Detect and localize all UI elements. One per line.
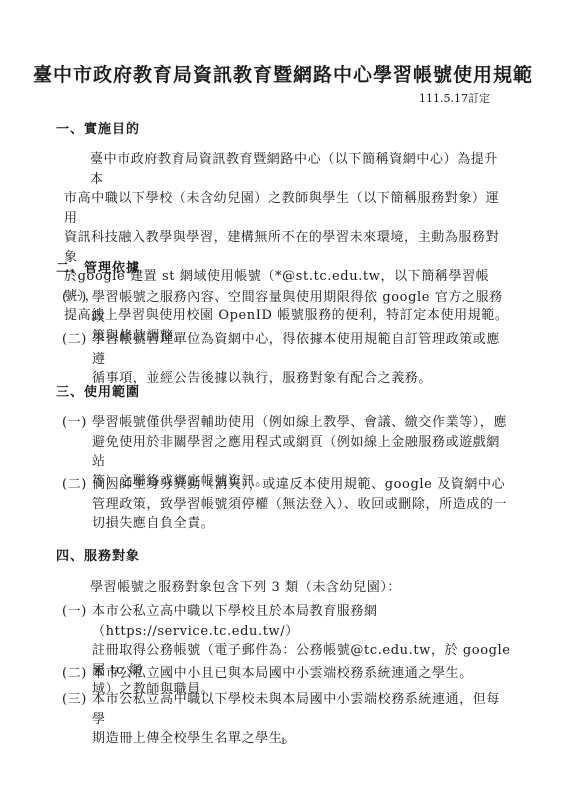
item-line: 學習帳號之服務內容、空間容量與使用期限得依 google 官方之服務政 (92, 288, 512, 327)
service-targets-intro: 學習帳號之服務對象包含下列 3 類（未含幼兒園）： (90, 576, 401, 595)
item-number: (一) (62, 602, 87, 622)
item-number: (二) (62, 664, 87, 684)
list-item: (二) 學習帳號管理單位為資網中心，得依據本使用規範自訂管理政策或應遵 循事項，… (62, 330, 512, 389)
section-heading-scope: 三、使用範圍 (56, 381, 140, 400)
list-item: (二) 本市公私立國中小且已與本局國中小雲端校務系統連通之學生。 (62, 664, 512, 684)
item-line: 本市公私立高中職以下學校未與本局國中小雲端校務系統連通，但每學 (92, 690, 512, 729)
document-page: 臺中市政府教育局資訊教育暨網路中心學習帳號使用規範 111.5.17訂定 一、實… (0, 0, 566, 800)
list-item: (二) 倘因師生身分異動（消失），或違反本使用規範、google 及資網中心 管… (62, 475, 512, 534)
item-line: 本市公私立高中職以下學校且於本局教育服務網（https://service.tc… (92, 602, 512, 641)
item-line: 管理政策，致學習帳號須停權（無法登入）、收回或刪除，所造成的一 (92, 495, 512, 515)
section-heading-purpose: 一、實施目的 (56, 118, 140, 137)
item-line: 學習帳號僅供學習輔助使用（例如線上教學、會議、繳交作業等），應 (92, 413, 512, 433)
item-number: (一) (62, 413, 87, 433)
item-line: 循事項，並經公告後據以執行，服務對象有配合之義務。 (92, 369, 512, 389)
page-number: 1 (0, 737, 566, 746)
item-number: (二) (62, 475, 87, 495)
item-line: 避免使用於非關學習之應用程式或網頁（例如線上金融服務或遊戲網站 (92, 433, 512, 472)
item-line: 倘因師生身分異動（消失），或違反本使用規範、google 及資網中心 (92, 475, 512, 495)
section-heading-basis: 二、管理依據 (56, 257, 140, 276)
paragraph-line: 市高中職以下學校（未含幼兒園）之教師與學生（以下簡稱服務對象）運用 (64, 189, 510, 228)
item-line: 本市公私立國中小且已與本局國中小雲端校務系統連通之學生。 (92, 664, 512, 684)
section-heading-service-targets: 四、服務對象 (56, 545, 140, 564)
item-line: 學習帳號管理單位為資網中心，得依據本使用規範自訂管理政策或應遵 (92, 330, 512, 369)
item-number: (三) (62, 690, 87, 710)
item-line: 切損失應自負全責。 (92, 514, 512, 534)
item-number: (二) (62, 330, 87, 350)
paragraph-line: 臺中市政府教育局資訊教育暨網路中心（以下簡稱資網中心）為提升本 (64, 150, 510, 189)
item-number: (一) (62, 288, 87, 308)
enactment-date: 111.5.17訂定 (419, 90, 490, 106)
list-item: (一) 本市公私立高中職以下學校且於本局教育服務網（https://servic… (62, 602, 512, 700)
document-title: 臺中市政府教育局資訊教育暨網路中心學習帳號使用規範 (0, 60, 566, 87)
